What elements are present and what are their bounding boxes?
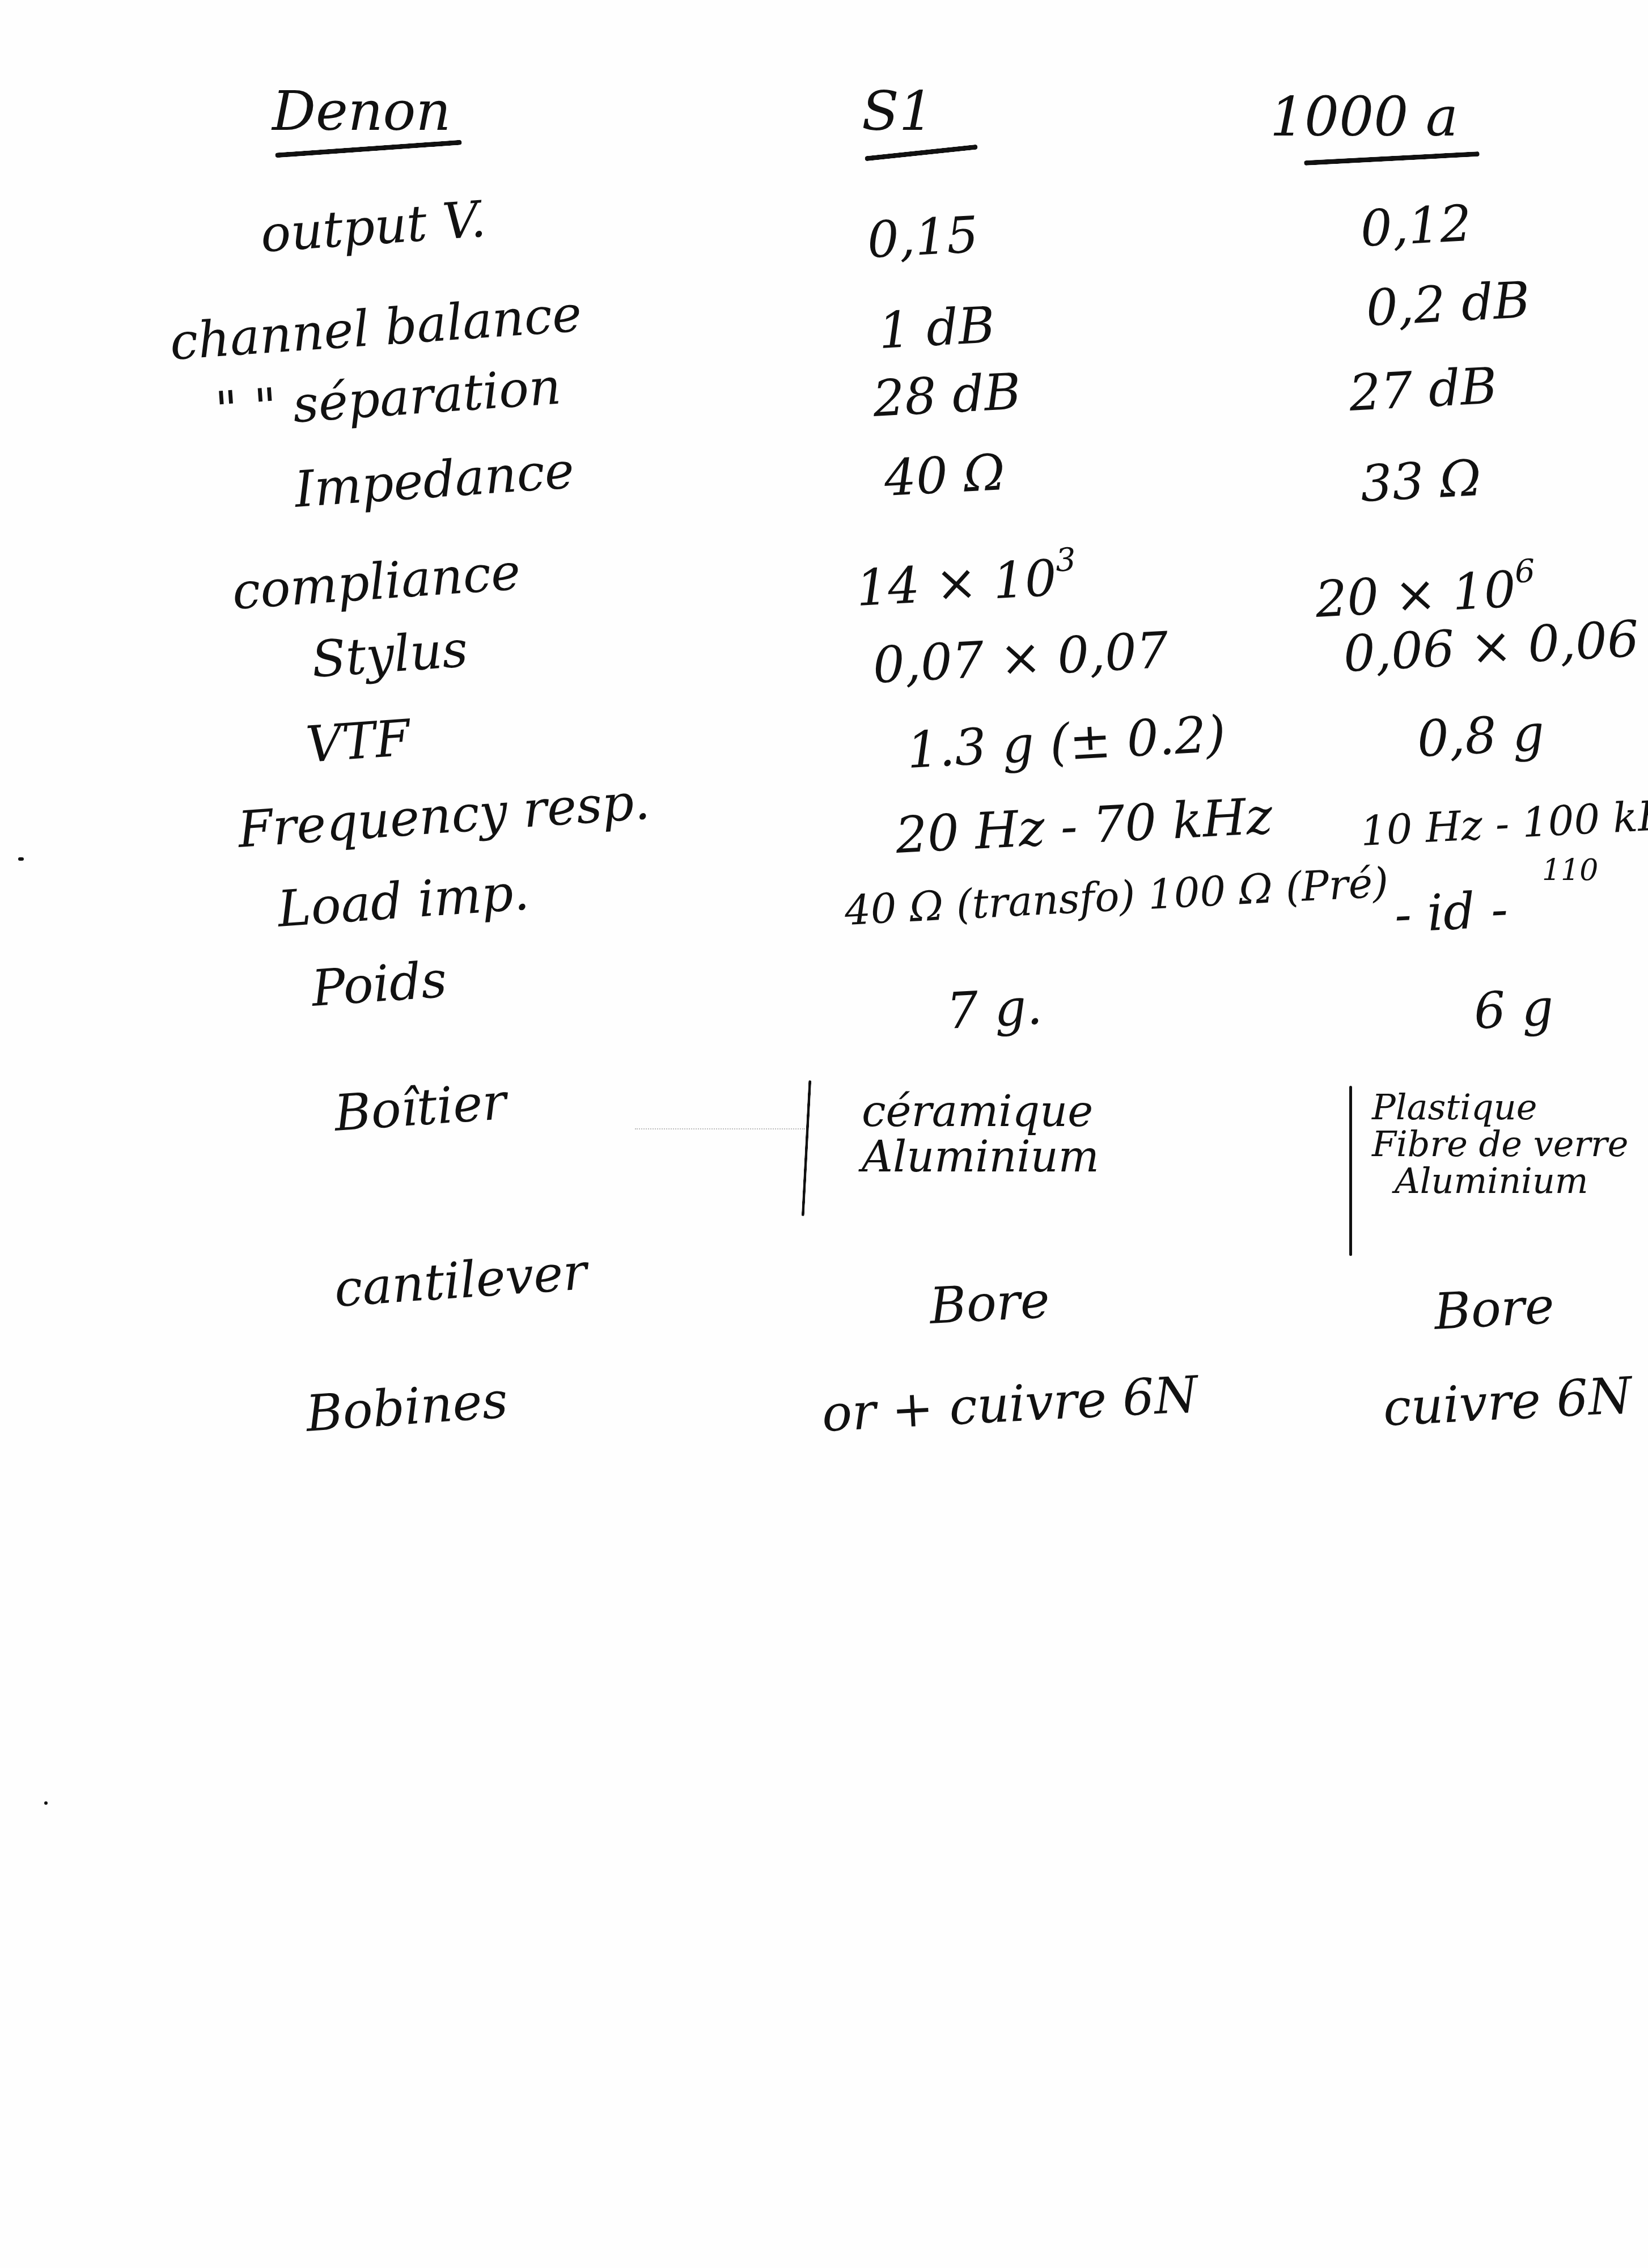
row-label-stylus: Stylus [310, 624, 469, 685]
row-label-load-impedance: Load imp. [276, 867, 531, 934]
a1000-boitier-line-1: Plastique [1372, 1089, 1628, 1125]
row-label-channel-balance: channel balance [168, 289, 583, 367]
s1-cantilever: Bore [929, 1275, 1051, 1331]
header-brand: Denon [272, 79, 451, 143]
a1000-boitier: Plastique Fibre de verre Aluminium [1372, 1089, 1628, 1199]
s1-compliance-base: 14 × 10 [855, 549, 1058, 617]
s1-frequency-response: 20 Hz - 70 kHz [895, 791, 1274, 861]
row-label-impedance: Impedance [293, 446, 575, 515]
header-s1: S1 [862, 79, 934, 143]
row-label-output-v: output V. [259, 194, 488, 260]
a1000-compliance: 20 × 106 [1314, 556, 1537, 625]
row-label-frequency-response: Frequency resp. [236, 776, 651, 855]
paper-sheet: Denon S1 1000 a output V. 0,15 0,12 chan… [0, 0, 1648, 2268]
a1000-boitier-line-3: Aluminium [1372, 1162, 1628, 1199]
s1-boitier: céramique Aluminium [862, 1089, 1099, 1179]
s1-compliance-exponent: 3 [1054, 541, 1077, 579]
a1000-channel-separation: 27 dB [1348, 361, 1498, 418]
margin-ink-mark [44, 1801, 48, 1805]
s1-output-v: 0,15 [866, 210, 980, 265]
s1-poids: 7 g. [946, 981, 1044, 1036]
a1000-cantilever: Bore [1433, 1281, 1556, 1337]
a1000-boitier-line-2: Fibre de verre [1372, 1125, 1628, 1162]
row-label-cantilever: cantilever [333, 1247, 588, 1314]
a1000-poids: 6 g [1473, 983, 1555, 1036]
s1-channel-balance: 1 dB [878, 300, 996, 356]
a1000-bobines: cuivre 6N [1382, 1370, 1633, 1433]
s1-bobines: or + cuivre 6N [821, 1369, 1199, 1439]
row-label-bobines: Bobines [304, 1375, 509, 1439]
s1-boitier-line-1: céramique [862, 1089, 1099, 1134]
row-label-vtf: VTF [304, 713, 412, 770]
s1-impedance: 40 Ω [883, 447, 1006, 503]
s1-boitier-line-2: Aluminium [862, 1134, 1099, 1179]
row-label-compliance: compliance [231, 547, 522, 617]
row-label-boitier: Boîtier [333, 1077, 508, 1139]
s1-stylus: 0,07 × 0,07 [872, 625, 1170, 691]
row-label-channel-separation: " " séparation [214, 362, 562, 435]
a1000-boitier-bracket [1349, 1086, 1352, 1256]
s1-boitier-bracket [802, 1080, 812, 1216]
faint-guide-line [635, 1128, 805, 1129]
a1000-impedance: 33 Ω [1359, 453, 1482, 509]
a1000-vtf: 0,8 g [1416, 708, 1546, 764]
header-1000a: 1000 a [1270, 85, 1458, 149]
a1000-compliance-exponent: 6 [1514, 553, 1536, 591]
header-1000a-underline [1304, 151, 1480, 166]
a1000-frequency-note: 110 [1542, 853, 1598, 887]
a1000-frequency-response: 10 Hz - 100 kHz [1359, 793, 1648, 852]
s1-load-impedance: 40 Ω (transfo) 100 Ω (Pré) [844, 862, 1389, 931]
a1000-load-impedance: - id - [1393, 885, 1509, 940]
margin-ink-mark [18, 857, 24, 861]
a1000-output-v: 0,12 [1359, 198, 1473, 254]
s1-compliance: 14 × 103 [854, 544, 1078, 613]
a1000-channel-balance: 0,2 dB [1365, 275, 1531, 333]
s1-vtf: 1.3 g (± 0.2) [906, 709, 1227, 776]
a1000-stylus: 0,06 × 0,06 [1342, 614, 1640, 679]
header-s1-underline [865, 145, 978, 162]
s1-channel-separation: 28 dB [872, 366, 1022, 424]
row-label-poids: Poids [310, 954, 448, 1013]
